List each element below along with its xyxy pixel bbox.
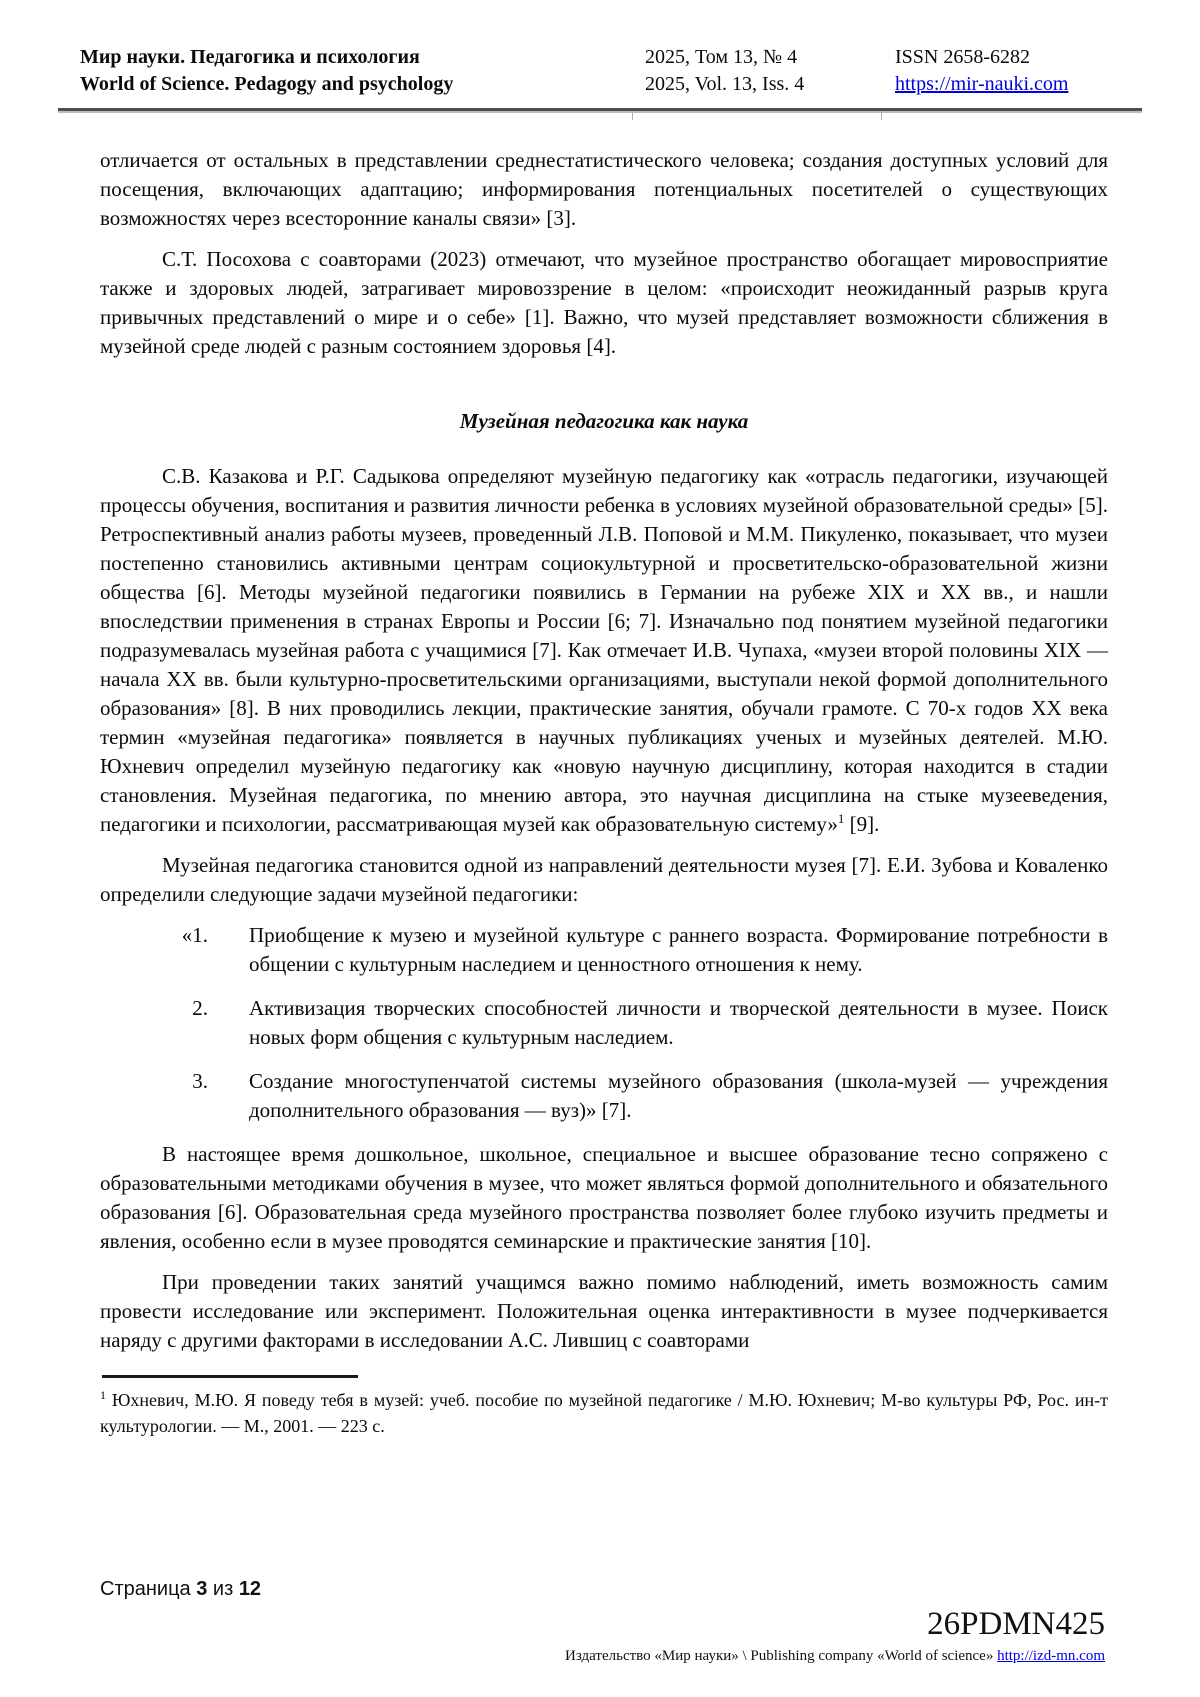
paragraph-text: С.В. Казакова и Р.Г. Садыкова определяют… [100,464,1108,836]
paragraph-continuation: отличается от остальных в представлении … [100,146,1108,233]
journal-site-link[interactable]: https://mir-nauki.com [895,73,1068,95]
list-item: 2. Активизация творческих способностей л… [100,994,1108,1052]
article-id: 26PDMN425 [927,1606,1105,1642]
section-heading: Музейная педагогика как наука [100,407,1108,436]
page-word: Страница [100,1578,191,1600]
paragraph: В настоящее время дошкольное, школьное, … [100,1140,1108,1256]
publisher-site-link[interactable]: http://izd-mn.com [997,1648,1105,1664]
issn-block: ISSN 2658-6282 https://mir-nauki.com [895,44,1122,98]
paragraph-with-footnote: С.В. Казакова и Р.Г. Садыкова определяют… [100,462,1108,839]
paragraph-text: [9]. [844,812,879,836]
publisher-line: Издательство «Мир науки» \ Publishing co… [565,1648,1105,1665]
journal-header: Мир науки. Педагогика и психология World… [80,44,1122,98]
list-item-text: Приобщение к музею и музейной культуре с… [249,923,1108,976]
header-divider-stub [632,113,633,120]
numbered-list: «1. Приобщение к музею и музейной культу… [100,921,1108,1125]
journal-title-ru: Мир науки. Педагогика и психология [80,44,645,71]
footnote-text-line: 1 Юхневич, М.Ю. Я поведу тебя в музей: у… [100,1387,1108,1439]
footnote-marker: 1 [100,1388,106,1402]
issue-info-en: 2025, Vol. 13, Iss. 4 [645,71,895,98]
list-item: 3. Создание многоступенчатой системы муз… [100,1067,1108,1125]
paragraph: Музейная педагогика становится одной из … [100,851,1108,909]
publisher-text: Издательство «Мир науки» \ Publishing co… [565,1648,993,1664]
article-body: отличается от остальных в представлении … [100,146,1108,1439]
header-divider-stub [881,113,882,120]
journal-title-block: Мир науки. Педагогика и психология World… [80,44,645,98]
document-page: Мир науки. Педагогика и психология World… [0,0,1200,1697]
page-current: 3 [196,1578,207,1600]
list-item-text: Создание многоступенчатой системы музейн… [249,1069,1108,1122]
paragraph: С.Т. Посохова с соавторами (2023) отмеча… [100,245,1108,361]
header-divider [58,108,1142,113]
of-word: из [213,1578,233,1600]
list-item-text: Активизация творческих способностей личн… [249,996,1108,1049]
issn-number: ISSN 2658-6282 [895,44,1122,71]
issue-info-ru: 2025, Том 13, № 4 [645,44,895,71]
footnote-block: 1 Юхневич, М.Ю. Я поведу тебя в музей: у… [100,1375,1108,1439]
page-total: 12 [239,1578,261,1600]
issue-info-block: 2025, Том 13, № 4 2025, Vol. 13, Iss. 4 [645,44,895,98]
list-item-number: 3. [120,1067,208,1096]
list-item-number: 2. [120,994,208,1023]
footnote-separator [102,1375,358,1378]
list-item-number: «1. [120,921,208,950]
footnote-text: Юхневич, М.Ю. Я поведу тебя в музей: уче… [100,1390,1108,1436]
list-item: «1. Приобщение к музею и музейной культу… [100,921,1108,979]
page-number: Страница 3 из 12 [100,1578,261,1601]
paragraph: При проведении таких занятий учащимся ва… [100,1268,1108,1355]
journal-title-en: World of Science. Pedagogy and psycholog… [80,71,645,98]
